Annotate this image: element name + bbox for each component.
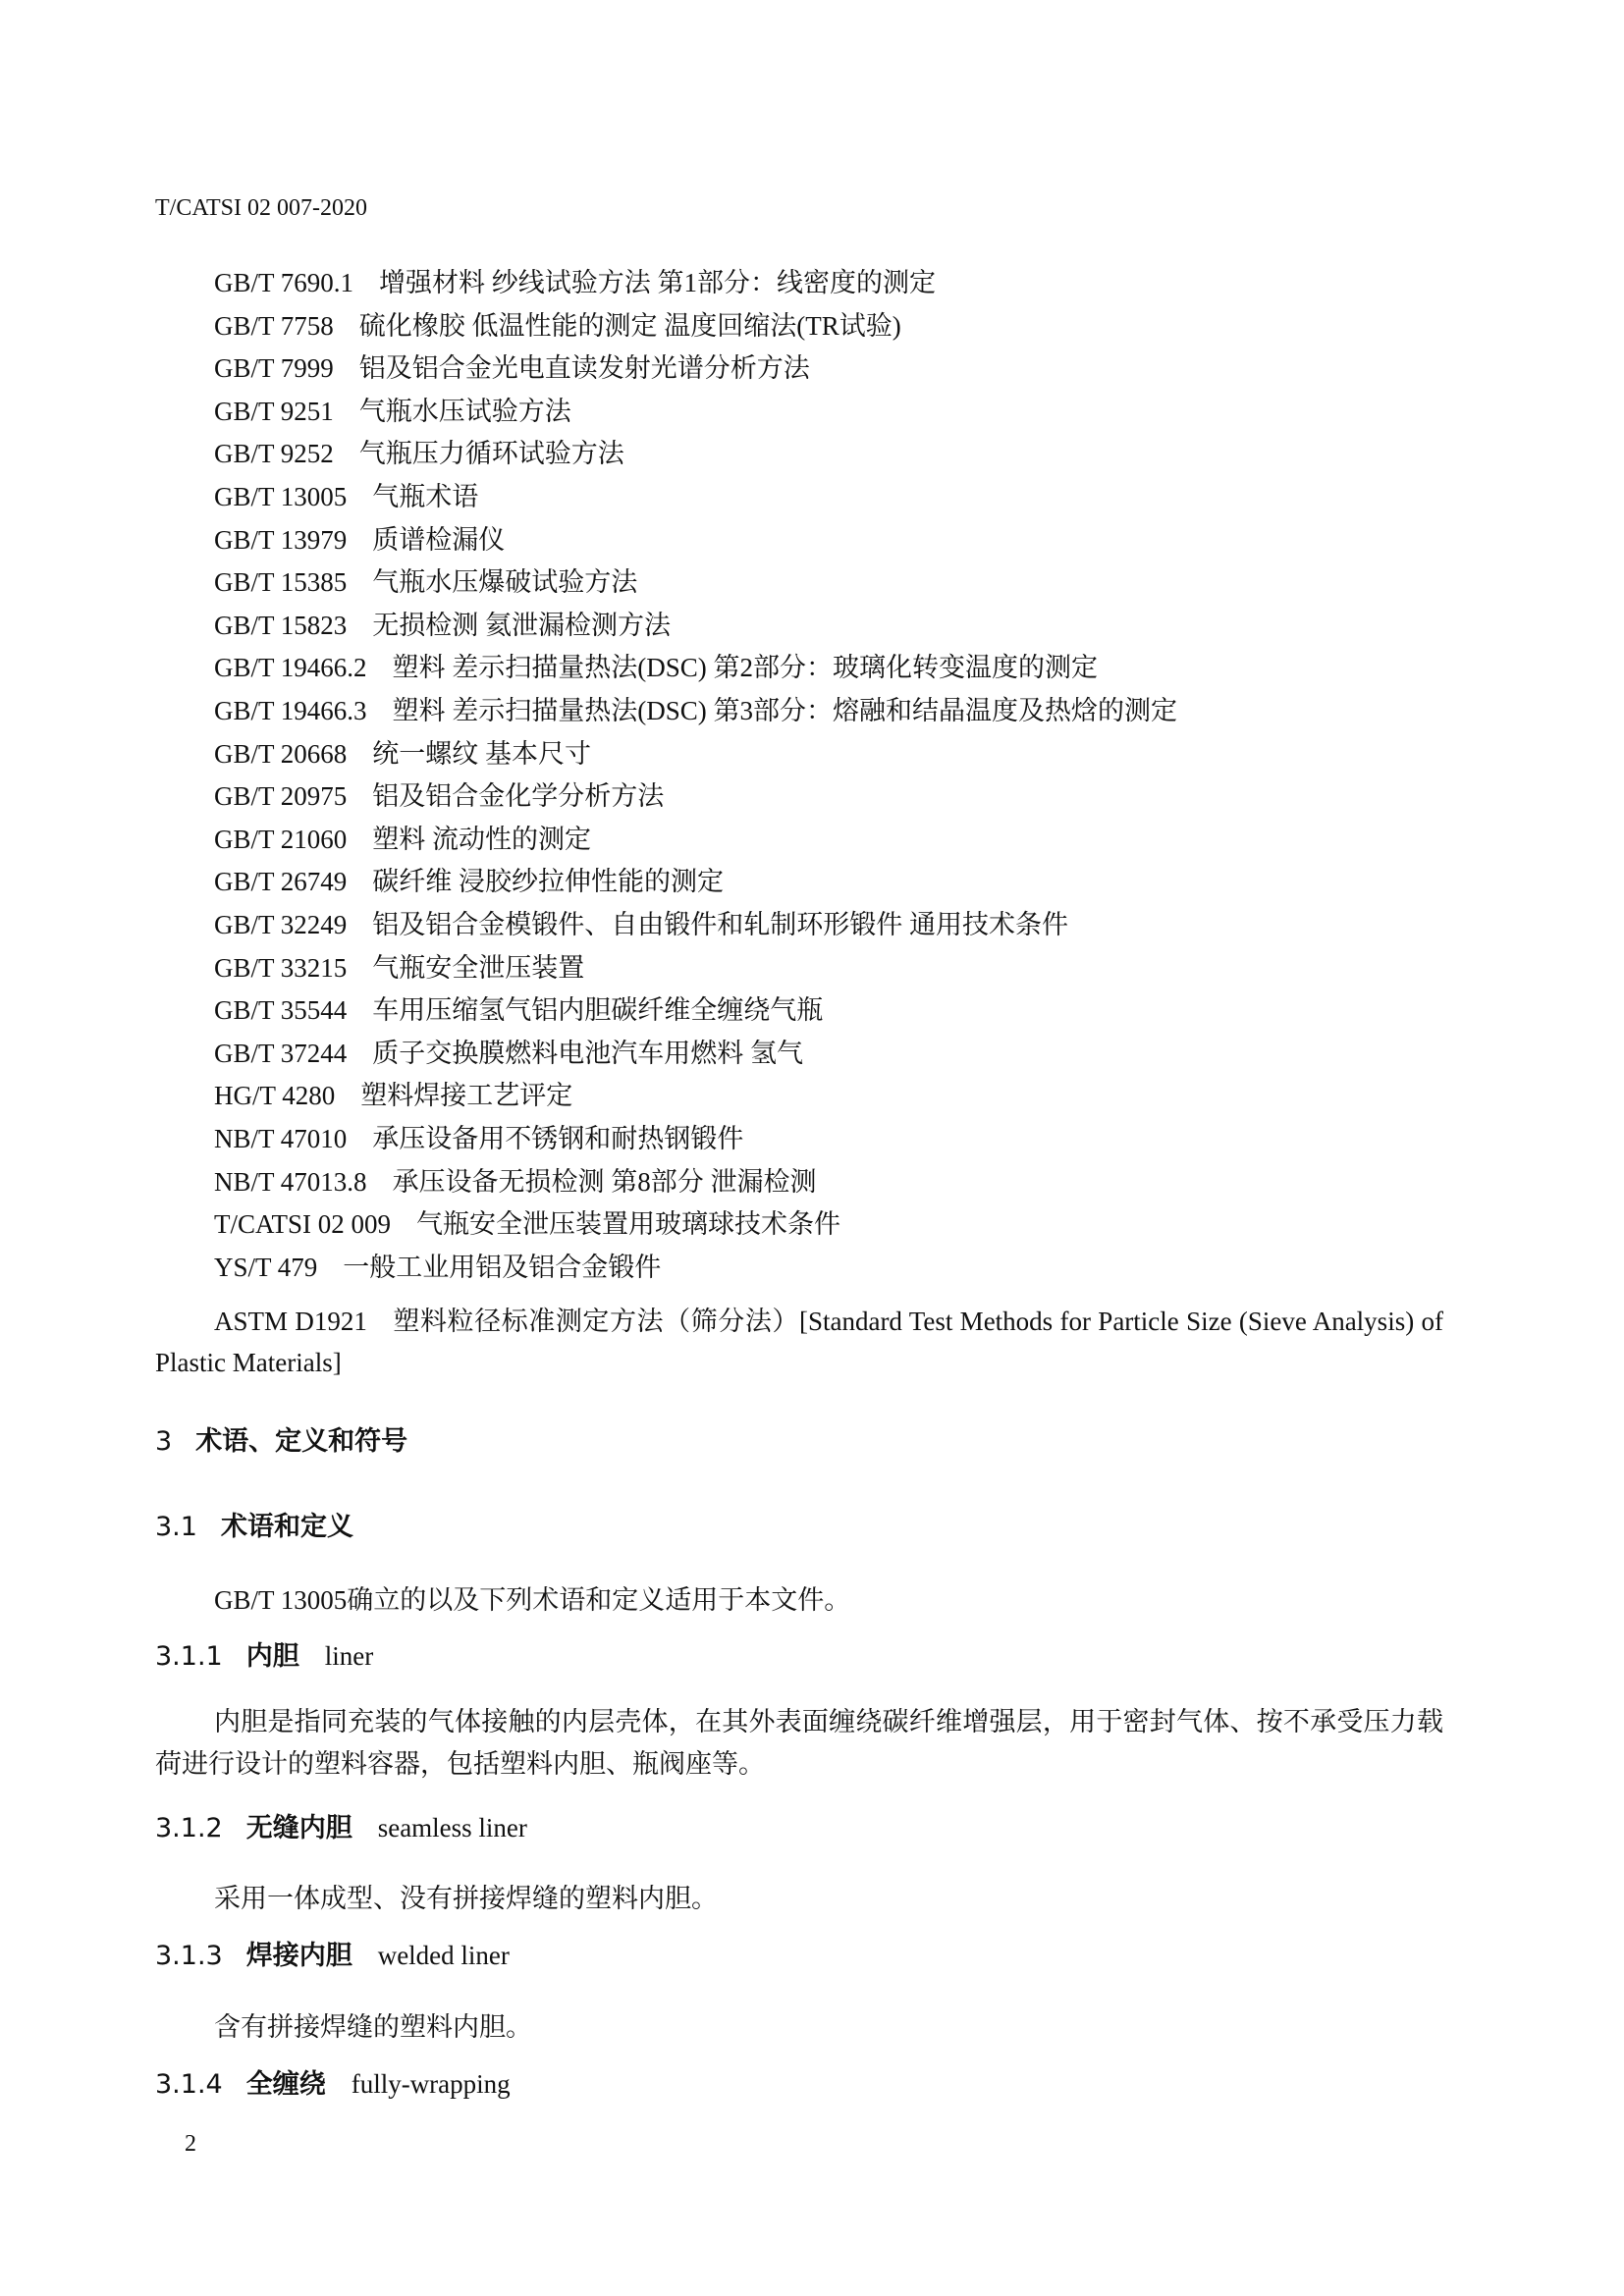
reference-title: 无损检测 氦泄漏检测方法 xyxy=(372,611,671,640)
section-number: 3 xyxy=(155,1426,172,1457)
reference-code: GB/T 19466.3 xyxy=(214,698,367,724)
term-3-1-2-heading: 3.1.2无缝内胆seamless liner xyxy=(155,1815,527,1842)
term-en: liner xyxy=(325,1641,373,1671)
reference-item: T/CATSI 02 009气瓶安全泄压装置用玻璃球技术条件 xyxy=(214,1211,840,1238)
reference-title: 铝及铝合金化学分析方法 xyxy=(372,781,664,811)
term-zh: 全缠绕 xyxy=(246,2069,326,2100)
reference-code: GB/T 33215 xyxy=(214,955,347,982)
reference-code: GB/T 20975 xyxy=(214,783,347,810)
reference-item: GB/T 20668统一螺纹 基本尺寸 xyxy=(214,741,591,768)
reference-item: GB/T 13979质谱检漏仪 xyxy=(214,527,505,554)
reference-title: 塑料焊接工艺评定 xyxy=(360,1081,572,1110)
reference-code: NB/T 47010 xyxy=(214,1126,347,1152)
reference-item: GB/T 37244质子交换膜燃料电池汽车用燃料 氢气 xyxy=(214,1041,803,1067)
reference-code: NB/T 47013.8 xyxy=(214,1169,367,1196)
term-3-1-4-heading: 3.1.4全缠绕fully-wrapping xyxy=(155,2071,511,2098)
reference-title: 承压设备无损检测 第8部分 泄漏检测 xyxy=(393,1167,817,1197)
reference-code: ASTM D1921 xyxy=(214,1307,367,1336)
reference-item: GB/T 15385气瓶水压爆破试验方法 xyxy=(214,569,637,596)
reference-code: GB/T 32249 xyxy=(214,912,347,938)
term-en: welded liner xyxy=(378,1941,510,1970)
reference-code: GB/T 7758 xyxy=(214,313,334,340)
reference-code: GB/T 20668 xyxy=(214,741,347,768)
reference-item: GB/T 35544车用压缩氢气铝内胆碳纤维全缠绕气瓶 xyxy=(214,997,823,1024)
reference-title: 承压设备用不锈钢和耐热钢锻件 xyxy=(372,1124,743,1153)
reference-item: GB/T 7999铝及铝合金光电直读发射光谱分析方法 xyxy=(214,355,810,382)
document-id-header: T/CATSI 02 007-2020 xyxy=(155,196,367,220)
reference-code: GB/T 13979 xyxy=(214,527,347,554)
reference-title: 塑料 流动性的测定 xyxy=(372,825,591,854)
reference-title: 气瓶水压爆破试验方法 xyxy=(372,567,637,597)
reference-astm: ASTM D1921塑料粒径标准测定方法（筛分法）[Standard Test … xyxy=(155,1301,1443,1383)
term-number: 3.1.1 xyxy=(155,1641,223,1672)
section-title: 术语、定义和符号 xyxy=(195,1426,407,1457)
reference-item: GB/T 20975铝及铝合金化学分析方法 xyxy=(214,783,664,810)
reference-code: GB/T 9251 xyxy=(214,399,334,425)
reference-item: GB/T 19466.3塑料 差示扫描量热法(DSC) 第3部分：熔融和结晶温度… xyxy=(214,698,1177,724)
reference-title: 质谱检漏仪 xyxy=(372,525,505,555)
term-en: seamless liner xyxy=(378,1813,527,1842)
reference-code: GB/T 7999 xyxy=(214,355,334,382)
reference-title: 气瓶术语 xyxy=(372,482,478,511)
reference-code: GB/T 15385 xyxy=(214,569,347,596)
reference-title: 增强材料 纱线试验方法 第1部分：线密度的测定 xyxy=(379,268,936,297)
reference-item: GB/T 32249铝及铝合金模锻件、自由锻件和轧制环形锻件 通用技术条件 xyxy=(214,912,1068,938)
reference-title: 硫化橡胶 低温性能的测定 温度回缩法(TR试验) xyxy=(359,311,901,341)
reference-code: GB/T 21060 xyxy=(214,827,347,853)
section-3-1-intro: GB/T 13005确立的以及下列术语和定义适用于本文件。 xyxy=(155,1579,1443,1622)
reference-title: 铝及铝合金光电直读发射光谱分析方法 xyxy=(359,353,810,383)
reference-item: NB/T 47010承压设备用不锈钢和耐热钢锻件 xyxy=(214,1126,743,1152)
reference-title: 质子交换膜燃料电池汽车用燃料 氢气 xyxy=(372,1039,803,1068)
reference-title: 气瓶水压试验方法 xyxy=(359,397,571,426)
reference-code: GB/T 9252 xyxy=(214,441,334,467)
reference-code: GB/T 37244 xyxy=(214,1041,347,1067)
term-3-1-3-definition: 含有拼接焊缝的塑料内胆。 xyxy=(155,2006,1443,2049)
section-number: 3.1 xyxy=(155,1512,197,1542)
term-zh: 无缝内胆 xyxy=(246,1813,352,1843)
reference-code: HG/T 4280 xyxy=(214,1083,335,1109)
reference-code: GB/T 13005 xyxy=(214,484,347,510)
term-3-1-3-heading: 3.1.3焊接内胆welded liner xyxy=(155,1943,510,1969)
page-number: 2 xyxy=(185,2132,196,2156)
reference-item: GB/T 9251气瓶水压试验方法 xyxy=(214,399,571,425)
reference-title: 塑料 差示扫描量热法(DSC) 第2部分：玻璃化转变温度的测定 xyxy=(393,653,1099,682)
reference-title: 气瓶安全泄压装置 xyxy=(372,953,584,983)
term-number: 3.1.2 xyxy=(155,1813,223,1843)
reference-code: GB/T 26749 xyxy=(214,869,347,895)
reference-item: GB/T 26749碳纤维 浸胶纱拉伸性能的测定 xyxy=(214,869,724,895)
reference-title: 气瓶压力循环试验方法 xyxy=(359,439,624,468)
section-3-1-heading: 3.1术语和定义 xyxy=(155,1514,353,1540)
reference-item: YS/T 479一般工业用铝及铝合金锻件 xyxy=(214,1255,661,1281)
term-zh: 焊接内胆 xyxy=(246,1941,352,1971)
reference-code: GB/T 35544 xyxy=(214,997,347,1024)
reference-item: GB/T 13005气瓶术语 xyxy=(214,484,478,510)
reference-title: 一般工业用铝及铝合金锻件 xyxy=(343,1253,661,1282)
term-number: 3.1.3 xyxy=(155,1941,223,1971)
reference-title: 统一螺纹 基本尺寸 xyxy=(372,739,591,769)
term-3-1-1-heading: 3.1.1内胆liner xyxy=(155,1643,373,1670)
term-3-1-1-definition: 内胆是指同充装的气体接触的内层壳体，在其外表面缠绕碳纤维增强层，用于密封气体、按… xyxy=(155,1701,1443,1786)
reference-item: GB/T 7690.1增强材料 纱线试验方法 第1部分：线密度的测定 xyxy=(214,270,936,296)
reference-title: 塑料 差示扫描量热法(DSC) 第3部分：熔融和结晶温度及热焓的测定 xyxy=(393,696,1178,725)
reference-item: GB/T 7758硫化橡胶 低温性能的测定 温度回缩法(TR试验) xyxy=(214,313,901,340)
reference-item: GB/T 19466.2塑料 差示扫描量热法(DSC) 第2部分：玻璃化转变温度… xyxy=(214,655,1098,681)
reference-item: HG/T 4280塑料焊接工艺评定 xyxy=(214,1083,572,1109)
reference-item: GB/T 33215气瓶安全泄压装置 xyxy=(214,955,584,982)
reference-item: GB/T 15823无损检测 氦泄漏检测方法 xyxy=(214,613,671,639)
reference-item: GB/T 21060塑料 流动性的测定 xyxy=(214,827,591,853)
reference-item: GB/T 9252气瓶压力循环试验方法 xyxy=(214,441,624,467)
term-en: fully-wrapping xyxy=(352,2069,511,2099)
reference-title: 碳纤维 浸胶纱拉伸性能的测定 xyxy=(372,867,724,896)
reference-title: 铝及铝合金模锻件、自由锻件和轧制环形锻件 通用技术条件 xyxy=(372,910,1068,939)
reference-item: NB/T 47013.8承压设备无损检测 第8部分 泄漏检测 xyxy=(214,1169,817,1196)
term-number: 3.1.4 xyxy=(155,2069,223,2100)
reference-title: 气瓶安全泄压装置用玻璃球技术条件 xyxy=(416,1209,840,1239)
reference-code: GB/T 19466.2 xyxy=(214,655,367,681)
term-zh: 内胆 xyxy=(246,1641,299,1672)
reference-code: GB/T 7690.1 xyxy=(214,270,353,296)
reference-code: T/CATSI 02 009 xyxy=(214,1211,391,1238)
term-3-1-2-definition: 采用一体成型、没有拼接焊缝的塑料内胆。 xyxy=(155,1878,1443,1920)
section-title: 术语和定义 xyxy=(221,1512,353,1542)
reference-title: 车用压缩氢气铝内胆碳纤维全缠绕气瓶 xyxy=(372,995,823,1025)
reference-code: YS/T 479 xyxy=(214,1255,317,1281)
section-3-heading: 3术语、定义和符号 xyxy=(155,1428,407,1455)
reference-code: GB/T 15823 xyxy=(214,613,347,639)
